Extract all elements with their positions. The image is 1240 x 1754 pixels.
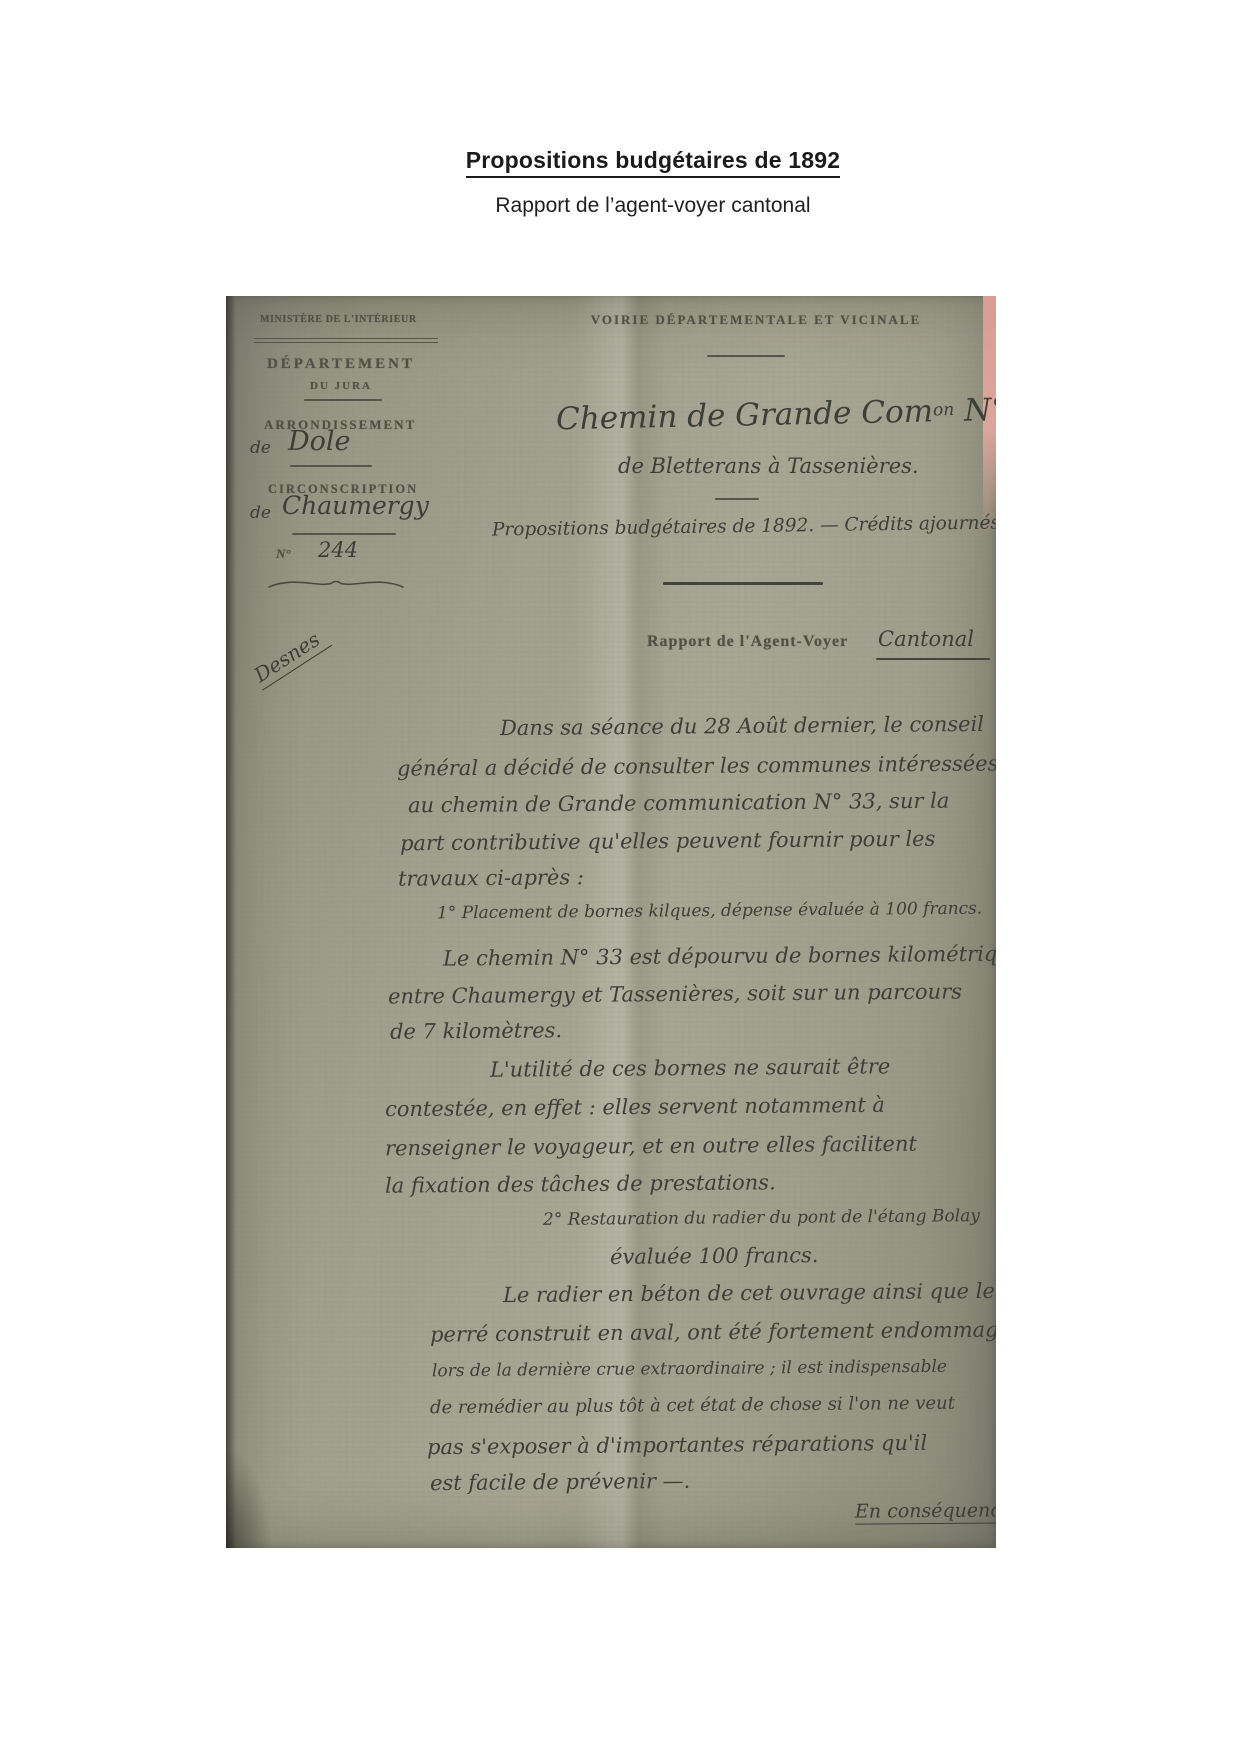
manuscript-line: au chemin de Grande communication N° 33,… <box>408 789 950 818</box>
letterhead-ministry: MINISTÈRE DE L'INTÉRIEUR <box>260 314 417 325</box>
road-title-line1: Chemin de Grande Comon N° 33, <box>556 391 996 438</box>
divider <box>715 498 759 500</box>
divider <box>254 338 438 343</box>
divider <box>304 399 382 401</box>
manuscript-line: lors de la dernière crue extraordinaire … <box>432 1357 947 1381</box>
road-title-pre: Chemin de Grande Com <box>556 393 934 437</box>
letterhead-number-value: 244 <box>318 538 358 562</box>
manuscript-line: perré construit en aval, ont été forteme… <box>430 1317 996 1346</box>
letterhead-arrondissement-prefix: de <box>250 438 271 458</box>
letterhead-department-value: DU JURA <box>264 380 418 392</box>
manuscript-line: la fixation des tâches de prestations. <box>385 1170 776 1197</box>
manuscript-line: contestée, en effet : elles servent nota… <box>385 1093 885 1121</box>
manuscript-line: Dans sa séance du 28 Août dernier, le co… <box>500 712 984 740</box>
manuscript-line: entre Chaumergy et Tassenières, soit sur… <box>388 979 962 1008</box>
flourish-brace <box>266 574 406 592</box>
manuscript-line: de 7 kilomètres. <box>390 1018 562 1044</box>
letterhead-number-label: N° <box>276 546 291 562</box>
manuscript-line: renseigner le voyageur, et en outre elle… <box>385 1132 917 1161</box>
closing-catchword: En conséquence <box>855 1499 996 1524</box>
subject-line: Propositions budgétaires de 1892. — Créd… <box>492 512 996 540</box>
report-heading-suffix: Cantonal <box>878 627 974 651</box>
manuscript-line: Le radier en béton de cet ouvrage ainsi … <box>503 1279 995 1307</box>
service-title: VOIRIE DÉPARTEMENTALE ET VICINALE <box>566 312 946 328</box>
road-title-superscript: on <box>933 400 955 420</box>
road-title-post: N° 33, <box>954 391 996 429</box>
divider <box>292 533 396 535</box>
manuscript-line: 1° Placement de bornes kilques, dépense … <box>437 899 982 924</box>
photo-corner-shadow <box>226 1448 272 1548</box>
divider <box>290 465 372 467</box>
manuscript-line: évaluée 100 francs. <box>610 1243 819 1269</box>
letterhead-circonscription-value: Chaumergy <box>282 491 429 520</box>
page-subtitle: Rapport de l’agent-voyer cantonal <box>33 194 1240 218</box>
document-photo: MINISTÈRE DE L'INTÉRIEUR DÉPARTEMENT DU … <box>226 296 996 1548</box>
manuscript-line: Le chemin N° 33 est dépourvu de bornes k… <box>443 941 996 970</box>
divider <box>663 582 823 585</box>
road-title-line2: de Bletterans à Tassenières. <box>618 454 919 478</box>
manuscript-line: L'utilité de ces bornes ne saurait être <box>490 1054 890 1081</box>
page-title: Propositions budgétaires de 1892 <box>466 147 841 178</box>
page-heading: Propositions budgétaires de 1892 <box>33 147 1240 178</box>
divider <box>707 355 785 357</box>
manuscript-line: de remédier au plus tôt à cet état de ch… <box>430 1393 955 1419</box>
letterhead-circonscription-prefix: de <box>250 503 271 523</box>
margin-note-desnes: Desnes <box>248 623 332 691</box>
divider <box>876 658 990 660</box>
manuscript-line: part contributive qu'elles peuvent fourn… <box>400 827 936 856</box>
letterhead-arrondissement-value: Dole <box>288 426 351 457</box>
manuscript-line: travaux ci-après : <box>398 865 584 891</box>
manuscript-line: pas s'exposer à d'importantes réparation… <box>427 1431 927 1459</box>
manuscript-line: général a décidé de consulter les commun… <box>397 751 996 780</box>
manuscript-line: 2° Restauration du radier du pont de l'é… <box>543 1206 980 1230</box>
letterhead-department-label: DÉPARTEMENT <box>264 356 418 373</box>
manuscript-line: est facile de prévenir —. <box>430 1469 690 1495</box>
photo-left-edge <box>226 296 236 1548</box>
report-heading: Rapport de l'Agent-Voyer <box>647 633 848 651</box>
